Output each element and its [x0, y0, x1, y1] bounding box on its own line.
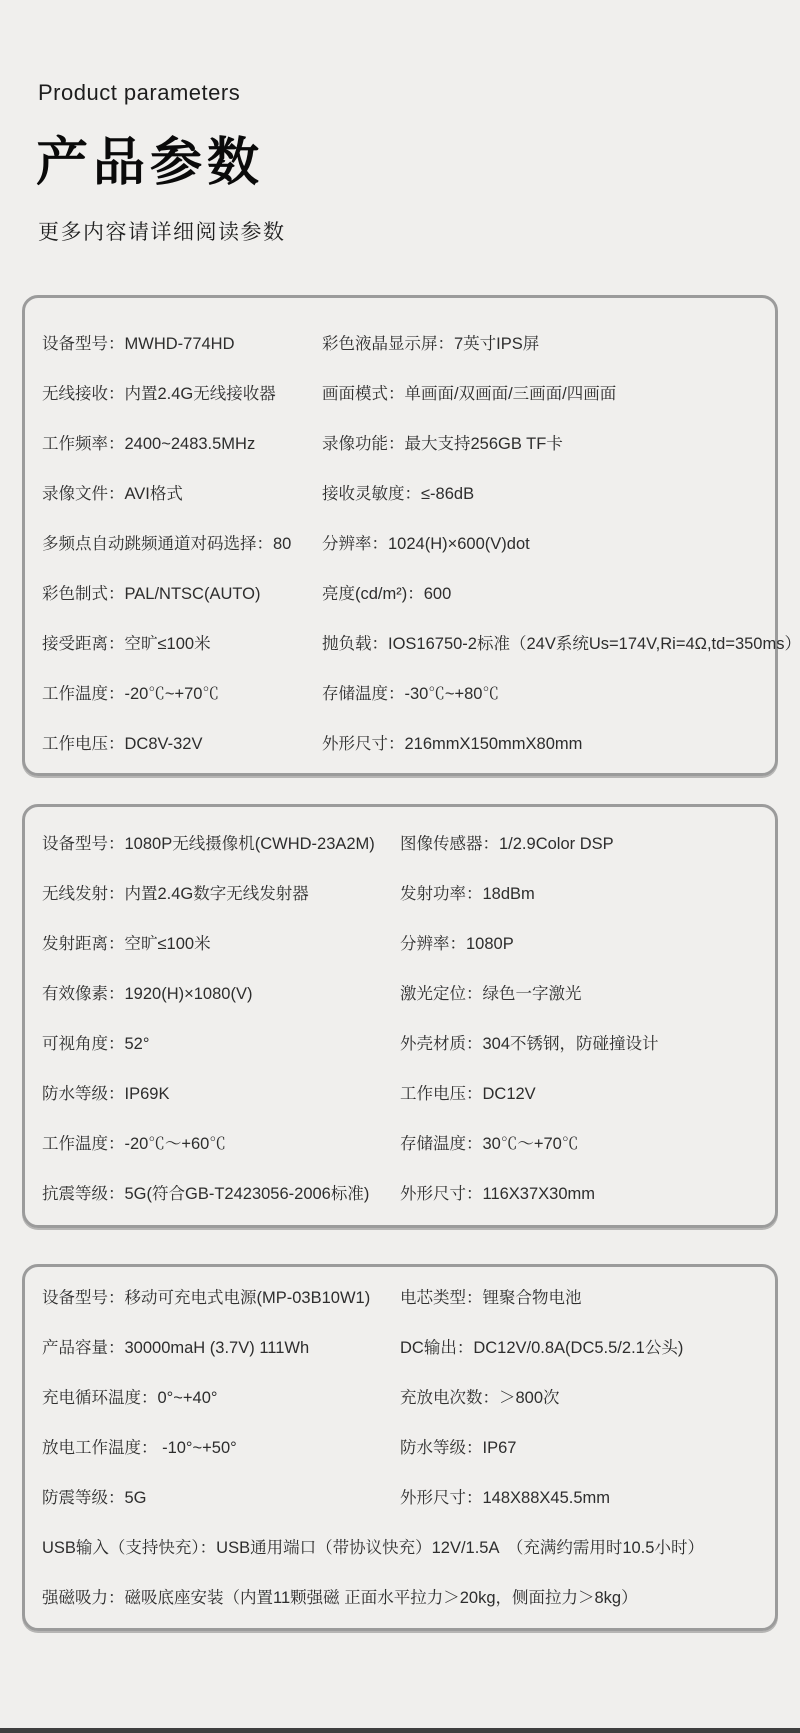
spec-cell-left: 工作频率：2400~2483.5MHz — [42, 430, 322, 454]
spec-row: 防震等级：5G 外形尺寸：148X88X45.5mm — [42, 1471, 758, 1521]
spec-cell-right: 外形尺寸：148X88X45.5mm — [400, 1484, 758, 1508]
spec-row: 充电循环温度：0°~+40° 充放电次数：＞800次 — [42, 1371, 758, 1421]
spec-row: 无线发射：内置2.4G数字无线发射器 发射功率：18dBm — [42, 867, 758, 917]
spec-row: 有效像素：1920(H)×1080(V) 激光定位：绿色一字激光 — [42, 967, 758, 1017]
page-title: 产品参数 — [36, 134, 800, 192]
spec-cell-left: 抗震等级：5G(符合GB-T2423056-2006标准) — [42, 1180, 400, 1204]
spec-cell-left: 工作温度：-20℃~+70℃ — [42, 680, 322, 704]
spec-cell-left: 工作电压：DC8V-32V — [42, 730, 322, 754]
spec-cell-left: 接受距离：空旷≤100米 — [42, 630, 322, 654]
spec-row: 设备型号：MWHD-774HD 彩色液晶显示屏：7英寸IPS屏 — [42, 317, 758, 367]
spec-cell-right: 电芯类型：锂聚合物电池 — [400, 1284, 758, 1308]
spec-cell-right: 外形尺寸：116X37X30mm — [400, 1180, 758, 1204]
spec-cell-right: 发射功率：18dBm — [400, 880, 758, 904]
page-background: Product parameters 产品参数 更多内容请详细阅读参数 设备型号… — [0, 0, 800, 1733]
spec-row: 无线接收：内置2.4G无线接收器 画面模式：单画面/双画面/三画面/四画面 — [42, 367, 758, 417]
spec-cell-left: 无线发射：内置2.4G数字无线发射器 — [42, 880, 400, 904]
header-description: 更多内容请详细阅读参数 — [38, 220, 800, 246]
spec-row: 工作频率：2400~2483.5MHz 录像功能：最大支持256GB TF卡 — [42, 417, 758, 467]
footer-divider-bar — [0, 1728, 800, 1733]
spec-cell-right: 抛负载：IOS16750-2标准（24V系统Us=174V,Ri=4Ω,td=3… — [322, 630, 800, 654]
spec-cell-full: USB输入（支持快充）：USB通用端口（带协议快充）12V/1.5A （充满约需… — [42, 1534, 704, 1558]
spec-cell-left: 防震等级：5G — [42, 1484, 400, 1508]
spec-cell-right: 图像传感器：1/2.9Color DSP — [400, 830, 758, 854]
spec-row: 接受距离：空旷≤100米 抛负载：IOS16750-2标准（24V系统Us=17… — [42, 617, 758, 667]
spec-cell-right: 分辨率：1024(H)×600(V)dot — [322, 530, 758, 554]
spec-cell-right: 亮度(cd/m²)：600 — [322, 580, 758, 604]
spec-cell-right: 彩色液晶显示屏：7英寸IPS屏 — [322, 330, 758, 354]
spec-cell-right: 工作电压：DC12V — [400, 1080, 758, 1104]
spec-row: 设备型号：移动可充电式电源(MP-03B10W1) 电芯类型：锂聚合物电池 — [42, 1271, 758, 1321]
spec-row: USB输入（支持快充）：USB通用端口（带协议快充）12V/1.5A （充满约需… — [42, 1521, 758, 1571]
spec-cell-right: 充放电次数：＞800次 — [400, 1384, 758, 1408]
spec-cell-right: 录像功能：最大支持256GB TF卡 — [322, 430, 758, 454]
spec-cell-left: 发射距离：空旷≤100米 — [42, 930, 400, 954]
spec-row: 彩色制式：PAL/NTSC(AUTO) 亮度(cd/m²)：600 — [42, 567, 758, 617]
spec-cell-left: 设备型号：移动可充电式电源(MP-03B10W1) — [42, 1284, 400, 1308]
spec-cell-left: 多频点自动跳频通道对码选择：80 — [42, 530, 322, 554]
spec-cell-left: 彩色制式：PAL/NTSC(AUTO) — [42, 580, 322, 604]
spec-cell-left: 防水等级：IP69K — [42, 1080, 400, 1104]
spec-cell-right: DC输出：DC12V/0.8A(DC5.5/2.1公头) — [400, 1334, 758, 1358]
spec-cell-right: 防水等级：IP67 — [400, 1434, 758, 1458]
spec-cell-left: 设备型号：MWHD-774HD — [42, 330, 322, 354]
spec-cell-left: 放电工作温度： -10°~+50° — [42, 1434, 400, 1458]
spec-row: 多频点自动跳频通道对码选择：80 分辨率：1024(H)×600(V)dot — [42, 517, 758, 567]
spec-cell-left: 设备型号：1080P无线摄像机(CWHD-23A2M) — [42, 830, 400, 854]
spec-cell-full: 强磁吸力：磁吸底座安装（内置11颗强磁 正面水平拉力＞20kg，侧面拉力＞8kg… — [42, 1584, 638, 1608]
spec-cell-left: 有效像素：1920(H)×1080(V) — [42, 980, 400, 1004]
spec-card-power-bank: 设备型号：移动可充电式电源(MP-03B10W1) 电芯类型：锂聚合物电池 产品… — [22, 1264, 778, 1631]
spec-cell-right: 外壳材质：304不锈钢，防碰撞设计 — [400, 1030, 758, 1054]
spec-row: 工作温度：-20℃~+70℃ 存储温度：-30℃~+80℃ — [42, 667, 758, 717]
spec-card-camera: 设备型号：1080P无线摄像机(CWHD-23A2M) 图像传感器：1/2.9C… — [22, 804, 778, 1228]
spec-cell-left: 可视角度：52° — [42, 1030, 400, 1054]
spec-row: 设备型号：1080P无线摄像机(CWHD-23A2M) 图像传感器：1/2.9C… — [42, 817, 758, 867]
spec-row: 产品容量：30000maH (3.7V) 111Wh DC输出：DC12V/0.… — [42, 1321, 758, 1371]
spec-row: 抗震等级：5G(符合GB-T2423056-2006标准) 外形尺寸：116X3… — [42, 1167, 758, 1217]
spec-row: 防水等级：IP69K 工作电压：DC12V — [42, 1067, 758, 1117]
spec-cell-left: 无线接收：内置2.4G无线接收器 — [42, 380, 322, 404]
spec-cell-right: 存储温度：-30℃~+80℃ — [322, 680, 758, 704]
spec-cell-right: 接收灵敏度：≤-86dB — [322, 480, 758, 504]
header-subtitle-en: Product parameters — [38, 80, 800, 106]
spec-card-monitor: 设备型号：MWHD-774HD 彩色液晶显示屏：7英寸IPS屏 无线接收：内置2… — [22, 295, 778, 776]
spec-cell-right: 分辨率：1080P — [400, 930, 758, 954]
spec-row: 录像文件：AVI格式 接收灵敏度：≤-86dB — [42, 467, 758, 517]
spec-cell-left: 产品容量：30000maH (3.7V) 111Wh — [42, 1334, 400, 1358]
spec-cell-left: 工作温度：-20℃～+60℃ — [42, 1130, 400, 1154]
spec-row: 工作温度：-20℃～+60℃ 存储温度：30℃～+70℃ — [42, 1117, 758, 1167]
spec-cell-right: 激光定位：绿色一字激光 — [400, 980, 758, 1004]
spec-cell-right: 存储温度：30℃～+70℃ — [400, 1130, 758, 1154]
spec-cell-left: 录像文件：AVI格式 — [42, 480, 322, 504]
spec-cell-left: 充电循环温度：0°~+40° — [42, 1384, 400, 1408]
spec-cell-right: 外形尺寸：216mmX150mmX80mm — [322, 730, 758, 754]
spec-row: 强磁吸力：磁吸底座安装（内置11颗强磁 正面水平拉力＞20kg，侧面拉力＞8kg… — [42, 1571, 758, 1621]
spec-row: 发射距离：空旷≤100米 分辨率：1080P — [42, 917, 758, 967]
spec-row: 可视角度：52° 外壳材质：304不锈钢，防碰撞设计 — [42, 1017, 758, 1067]
spec-row: 工作电压：DC8V-32V 外形尺寸：216mmX150mmX80mm — [42, 717, 758, 767]
spec-cell-right: 画面模式：单画面/双画面/三画面/四画面 — [322, 380, 758, 404]
spec-row: 放电工作温度： -10°~+50° 防水等级：IP67 — [42, 1421, 758, 1471]
